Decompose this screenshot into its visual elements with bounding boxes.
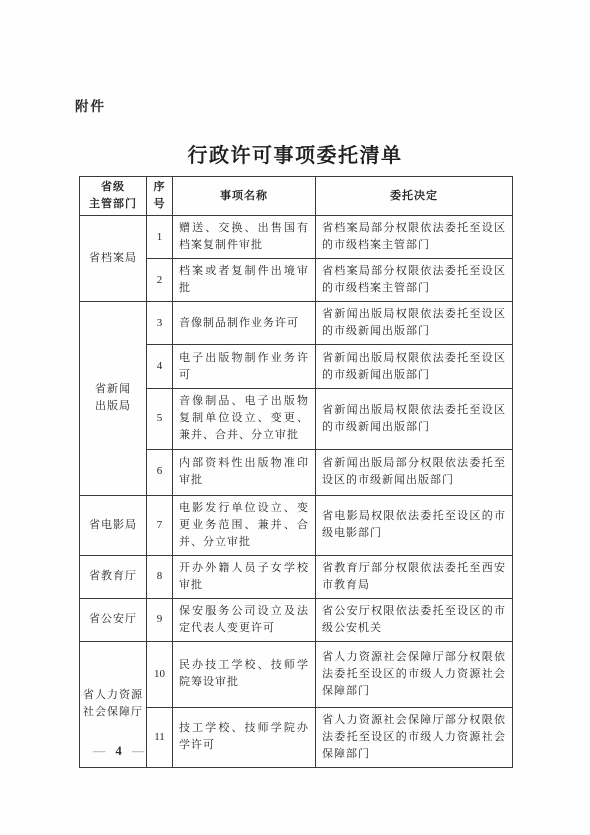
dept-cell: 省档案局 bbox=[80, 216, 147, 302]
item-cell: 技工学校、技师学院办学许可 bbox=[173, 707, 316, 767]
item-cell: 内部资料性出版物准印审批 bbox=[173, 449, 316, 495]
dept-cell: 省教育厅 bbox=[80, 555, 147, 598]
item-cell: 电影发行单位设立、变更业务范围、兼并、合并、分立审批 bbox=[173, 495, 316, 555]
delegation-table: 省级 主管部门 序 号 事项名称 委托决定 省档案局 1 赠送、交换、出售国有档… bbox=[79, 176, 513, 768]
no-cell: 7 bbox=[147, 495, 173, 555]
header-item: 事项名称 bbox=[173, 177, 316, 216]
table-row: 省档案局 1 赠送、交换、出售国有档案复制件审批 省档案局部分权限依法委托至设区… bbox=[80, 216, 513, 259]
decision-cell: 省新闻出版局权限依法委托至设区的市级新闻出版部门 bbox=[316, 345, 513, 389]
table-row: 省新闻 出版局 3 音像制品制作业务许可 省新闻出版局权限依法委托至设区的市级新… bbox=[80, 302, 513, 345]
no-cell: 4 bbox=[147, 345, 173, 389]
decision-cell: 省档案局部分权限依法委托至设区的市级档案主管部门 bbox=[316, 216, 513, 259]
dept-cell: 省电影局 bbox=[80, 495, 147, 555]
no-cell: 5 bbox=[147, 389, 173, 449]
item-cell: 档案或者复制件出境审批 bbox=[173, 259, 316, 302]
decision-cell: 省人力资源社会保障厅部分权限依法委托至设区的市级人力资源社会保障部门 bbox=[316, 707, 513, 767]
table-row: 省人力资源 社会保障厅 10 民办技工学校、技师学院筹设审批 省人力资源社会保障… bbox=[80, 641, 513, 707]
no-cell: 10 bbox=[147, 641, 173, 707]
item-cell: 民办技工学校、技师学院筹设审批 bbox=[173, 641, 316, 707]
item-cell: 开办外籍人员子女学校审批 bbox=[173, 555, 316, 598]
item-cell: 音像制品制作业务许可 bbox=[173, 302, 316, 345]
no-cell: 1 bbox=[147, 216, 173, 259]
decision-cell: 省档案局部分权限依法委托至设区的市级档案主管部门 bbox=[316, 259, 513, 302]
decision-cell: 省人力资源社会保障厅部分权限依法委托至设区的市级人力资源社会保障部门 bbox=[316, 641, 513, 707]
no-cell: 6 bbox=[147, 449, 173, 495]
decision-cell: 省电影局权限依法委托至设区的市级电影部门 bbox=[316, 495, 513, 555]
dept-cell: 省公安厅 bbox=[80, 598, 147, 641]
decision-cell: 省公安厅权限依法委托至设区的市级公安机关 bbox=[316, 598, 513, 641]
no-cell: 3 bbox=[147, 302, 173, 345]
item-cell: 赠送、交换、出售国有档案复制件审批 bbox=[173, 216, 316, 259]
decision-cell: 省新闻出版局权限依法委托至设区的市级新闻出版部门 bbox=[316, 389, 513, 449]
header-dept: 省级 主管部门 bbox=[80, 177, 147, 216]
table-row: 省教育厅 8 开办外籍人员子女学校审批 省教育厅部分权限依法委托至西安市教育局 bbox=[80, 555, 513, 598]
no-cell: 11 bbox=[147, 707, 173, 767]
document-page: 附件 行政许可事项委托清单 省级 主管部门 序 号 事项名称 委托决定 省档案局… bbox=[0, 0, 590, 835]
no-cell: 2 bbox=[147, 259, 173, 302]
decision-cell: 省教育厅部分权限依法委托至西安市教育局 bbox=[316, 555, 513, 598]
item-cell: 电子出版物制作业务许可 bbox=[173, 345, 316, 389]
page-number: 4 bbox=[108, 744, 132, 758]
attachment-label: 附件 bbox=[75, 95, 106, 115]
page-footer: —4— bbox=[93, 744, 146, 759]
item-cell: 保安服务公司设立及法定代表人变更许可 bbox=[173, 598, 316, 641]
no-cell: 9 bbox=[147, 598, 173, 641]
table-header-row: 省级 主管部门 序 号 事项名称 委托决定 bbox=[80, 177, 513, 216]
header-decision: 委托决定 bbox=[316, 177, 513, 216]
no-cell: 8 bbox=[147, 555, 173, 598]
item-cell: 音像制品、电子出版物复制单位设立、变更、兼并、合并、分立审批 bbox=[173, 389, 316, 449]
decision-cell: 省新闻出版局权限依法委托至设区的市级新闻出版部门 bbox=[316, 302, 513, 345]
decision-cell: 省新闻出版局部分权限依法委托至设区的市级新闻出版部门 bbox=[316, 449, 513, 495]
dept-cell: 省新闻 出版局 bbox=[80, 302, 147, 495]
footer-right-dash: — bbox=[132, 744, 147, 758]
table-row: 省公安厅 9 保安服务公司设立及法定代表人变更许可 省公安厅权限依法委托至设区的… bbox=[80, 598, 513, 641]
header-no: 序 号 bbox=[147, 177, 173, 216]
table-row: 省电影局 7 电影发行单位设立、变更业务范围、兼并、合并、分立审批 省电影局权限… bbox=[80, 495, 513, 555]
page-title: 行政许可事项委托清单 bbox=[0, 139, 590, 168]
footer-left-dash: — bbox=[93, 744, 108, 758]
